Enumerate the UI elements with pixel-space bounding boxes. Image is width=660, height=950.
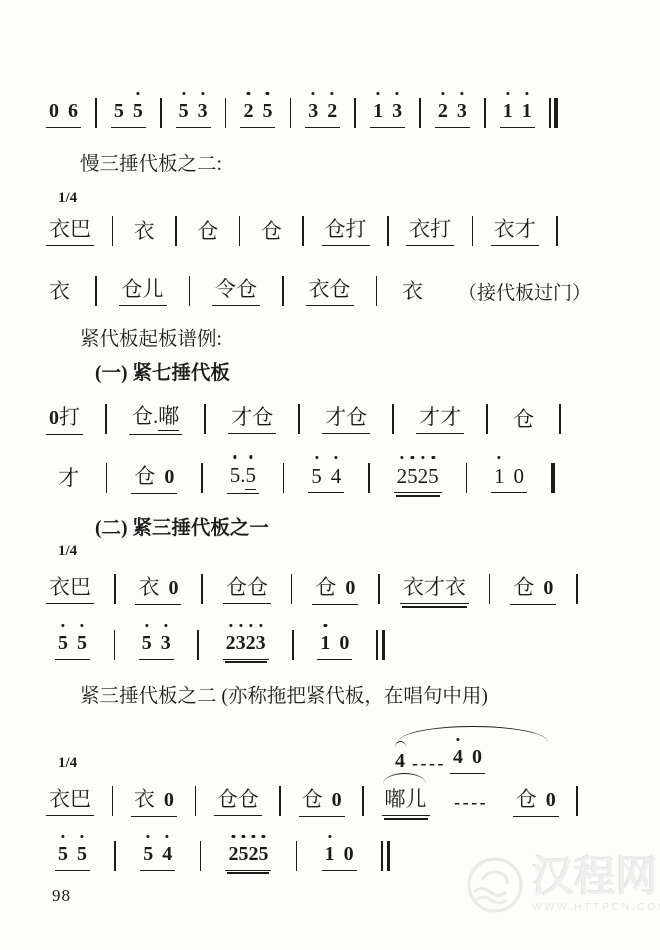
score-cell: 55 xyxy=(111,99,146,128)
barline xyxy=(559,404,561,434)
score-cell: 衣 xyxy=(399,278,426,304)
note: 儿 xyxy=(406,786,427,812)
barline xyxy=(489,574,491,604)
note: 仓 xyxy=(238,786,259,812)
note: 衣 xyxy=(309,276,330,302)
note: 5 xyxy=(77,842,87,867)
barline xyxy=(419,98,421,128)
annotation-notes: 4 ---- 40 xyxy=(392,745,554,774)
score-cell: 13 xyxy=(370,99,405,128)
note: 衣 xyxy=(49,786,70,812)
note-group: 11 xyxy=(500,99,535,128)
barline xyxy=(362,786,364,816)
note-group: 衣巴 xyxy=(46,786,94,816)
note-group: 仓.嘟 xyxy=(129,403,182,434)
score-cell: 才仓 xyxy=(322,404,370,434)
score-line-jin-qi-chui-2: 才仓05.554252510 xyxy=(55,455,555,501)
note: 3 xyxy=(457,99,467,124)
note: 4 xyxy=(395,749,405,774)
note: 2 xyxy=(228,842,238,867)
note-group: 衣巴 xyxy=(46,574,94,604)
note-group: 衣巴 xyxy=(46,216,94,246)
note: 巴 xyxy=(70,786,91,812)
note: 0 xyxy=(49,406,59,431)
note: 仓 xyxy=(197,218,218,244)
note: 2 xyxy=(438,99,448,124)
note-group: 仓0 xyxy=(510,574,556,605)
note: 3 xyxy=(256,631,266,656)
score-cell: 10 xyxy=(491,463,527,493)
note: 5 xyxy=(238,842,248,867)
note: 0 xyxy=(339,631,349,656)
note-group: 衣才 xyxy=(491,216,539,246)
score-line-jin-san-chui-1b: 5553232310 xyxy=(55,622,385,668)
note: 衣 xyxy=(49,278,70,304)
subsection-title-2: (二) 紧三捶代板之一 xyxy=(95,512,269,540)
score-cell: 仓仓 xyxy=(214,786,262,816)
score-cell: 仓0 xyxy=(312,574,358,605)
time-signature-1: 1/4 xyxy=(58,190,77,207)
page-number: 98 xyxy=(52,886,71,906)
note: 5 xyxy=(230,462,241,488)
time-signature-2: 1/4 xyxy=(58,543,77,560)
note: 1 xyxy=(325,842,335,867)
score-cell: 54 xyxy=(308,463,344,493)
note: 仓 xyxy=(236,276,257,302)
note-group: 23 xyxy=(435,99,470,128)
note: 1 xyxy=(522,99,532,124)
note: 才 xyxy=(440,404,461,430)
score-cell: 32 xyxy=(305,99,340,128)
note-group: 仓0 xyxy=(131,463,177,494)
watermark-title: 汉程网 xyxy=(532,857,660,899)
note-group: 10 xyxy=(491,463,527,493)
note: 嘟 xyxy=(385,786,406,812)
note: 0 xyxy=(332,788,342,813)
note: 衣 xyxy=(445,574,466,600)
note: 0 xyxy=(164,788,174,813)
note-group: 53 xyxy=(176,99,211,128)
note: 衣 xyxy=(138,574,159,600)
barline xyxy=(292,630,294,660)
section-title-jin-san-chui-2: 紧三捶代板之二 (亦称拖把紧代板，在唱句中用) xyxy=(80,680,488,708)
barline xyxy=(472,216,474,246)
barline xyxy=(387,216,389,246)
score-cell: 53 xyxy=(139,631,174,660)
note: 0 xyxy=(164,465,174,490)
note: 3 xyxy=(236,631,246,656)
section-title-jin-daiban: 紧代板起板谱例: xyxy=(80,323,222,351)
score-cell: 才 xyxy=(55,465,82,491)
note: 衣 xyxy=(402,278,423,304)
note: 5 xyxy=(258,842,268,867)
score-cell: 11 xyxy=(500,99,535,128)
note-group: 仓仓 xyxy=(214,786,262,816)
score-cell: 衣 xyxy=(46,278,73,304)
note-group: 仓儿 xyxy=(119,276,167,306)
note-group: 衣打 xyxy=(406,216,454,246)
note: 才 xyxy=(325,404,346,430)
time-signature-3: 1/4 xyxy=(58,755,77,772)
note-group: ---- xyxy=(447,788,495,814)
barline xyxy=(225,98,227,128)
barline xyxy=(576,786,578,816)
note-group: 仓打 xyxy=(322,216,370,246)
score-line-jin-san-chui-1a: 衣巴衣0仓仓仓0衣才衣仓0 xyxy=(46,566,578,612)
note: 5 xyxy=(262,99,272,124)
note: 令 xyxy=(215,276,236,302)
book-page: 0655532532132311 慢三捶代板之二: 1/4 衣巴衣仓仓仓打衣打衣… xyxy=(0,0,660,950)
score-line-jin-qi-chui: 0打仓.嘟才仓才仓才才仓 xyxy=(46,396,561,442)
note-group: 才仓 xyxy=(322,404,370,434)
barline xyxy=(112,216,114,246)
note: 5 xyxy=(428,463,439,489)
score-cell: 55 xyxy=(55,631,90,660)
note: 仓 xyxy=(252,404,273,430)
barline xyxy=(114,574,116,604)
note-group: 10 xyxy=(317,631,352,660)
barline xyxy=(368,463,370,493)
note: 2 xyxy=(418,463,429,489)
score-cell: 才仓 xyxy=(228,404,276,434)
score-cell: 衣才衣 xyxy=(400,574,469,604)
note: 1 xyxy=(494,463,505,489)
barline xyxy=(549,98,558,128)
barline xyxy=(105,404,107,434)
score-cell: 衣0 xyxy=(131,786,177,817)
note: 仓 xyxy=(346,404,367,430)
barline xyxy=(298,404,300,434)
note-group: 2323 xyxy=(223,631,269,660)
watermark: 汉程网 WWW.HTTPCN.COM xyxy=(462,852,660,918)
note-group: 衣仓 xyxy=(306,276,354,306)
barline xyxy=(197,630,199,660)
note-group: 55 xyxy=(111,99,146,128)
score-cell: 仓0 xyxy=(513,786,559,817)
note: 衣 xyxy=(134,786,155,812)
score-cell: 2525 xyxy=(394,463,442,493)
note: 才 xyxy=(424,574,445,600)
watermark-logo xyxy=(462,852,528,918)
note: 5 xyxy=(77,631,87,656)
barline xyxy=(551,463,555,493)
note-group: 仓 xyxy=(194,218,221,244)
note-group: 嘟儿 xyxy=(382,786,430,816)
note: 仓 xyxy=(247,574,268,600)
barline xyxy=(376,276,378,306)
note: 3 xyxy=(198,99,208,124)
note: 衣 xyxy=(409,216,430,242)
note: 0 xyxy=(543,576,553,601)
note: 2 xyxy=(327,99,337,124)
note-group: 衣 xyxy=(399,278,426,304)
score-cell: 53 xyxy=(176,99,211,128)
barline xyxy=(114,841,116,871)
note-group: 2525 xyxy=(394,463,442,493)
note-group: 衣 xyxy=(131,218,158,244)
barline xyxy=(201,574,203,604)
score-cell: 23 xyxy=(435,99,470,128)
barline xyxy=(279,786,281,816)
note: 0 xyxy=(168,576,178,601)
note: 4 xyxy=(331,463,342,489)
pickup-annotation: 4 ---- 40 xyxy=(392,726,554,774)
note-group: 衣0 xyxy=(131,786,177,817)
barline xyxy=(200,841,202,871)
note-group: 13 xyxy=(370,99,405,128)
note: 才 xyxy=(58,465,79,491)
barline xyxy=(175,216,177,246)
score-cell: 令仓 xyxy=(212,276,260,306)
score-cell: 仓0 xyxy=(131,463,177,494)
note-group: 才仓 xyxy=(228,404,276,434)
note-group: 54 xyxy=(140,842,175,871)
score-cell: 仓0 xyxy=(299,786,345,817)
note: 2 xyxy=(246,631,256,656)
note: 4 xyxy=(162,842,172,867)
watermark-url: WWW.HTTPCN.COM xyxy=(532,901,660,913)
note: 2 xyxy=(226,631,236,656)
section-title-man-san-chui-2: 慢三捶代板之二: xyxy=(80,148,222,176)
note: 衣 xyxy=(49,216,70,242)
note: 仓 xyxy=(513,406,534,432)
note: 5 xyxy=(311,463,322,489)
barline xyxy=(486,404,488,434)
score-cell: 衣才 xyxy=(491,216,539,246)
barline xyxy=(106,463,108,493)
barline xyxy=(302,216,304,246)
barline xyxy=(576,574,578,604)
note-group: 令仓 xyxy=(212,276,260,306)
score-cell: 衣巴 xyxy=(46,786,94,816)
note: 3 xyxy=(392,99,402,124)
sustain-dashes: ---- xyxy=(412,753,446,774)
score-cell: 10 xyxy=(317,631,352,660)
barline xyxy=(189,276,191,306)
note: 4 xyxy=(453,745,463,770)
score-cell: 2323 xyxy=(223,631,269,660)
barline xyxy=(296,841,298,871)
note: 仓 xyxy=(217,786,238,812)
barline xyxy=(201,463,203,493)
score-cell: 衣巴 xyxy=(46,216,94,246)
score-cell: 衣0 xyxy=(135,574,181,605)
note: 5 xyxy=(58,842,68,867)
score-cell: 仓 xyxy=(258,218,285,244)
barline xyxy=(376,630,385,660)
note: 2 xyxy=(243,99,253,124)
note: 才 xyxy=(515,216,536,242)
note-group: 32 xyxy=(305,99,340,128)
note-group: 仓0 xyxy=(299,786,345,817)
note: 巴 xyxy=(70,216,91,242)
note: 0 xyxy=(546,788,556,813)
note: 3 xyxy=(308,99,318,124)
barline xyxy=(290,98,292,128)
note: 5 xyxy=(407,463,418,489)
note: 巴 xyxy=(70,574,91,600)
note: 仓 xyxy=(132,403,153,429)
barline xyxy=(239,216,241,246)
barline xyxy=(381,841,390,871)
barline xyxy=(204,404,206,434)
note: 嘟 xyxy=(158,403,179,430)
note-group: 仓 xyxy=(258,218,285,244)
score-cell: 衣 xyxy=(131,218,158,244)
score-cell: 衣仓 xyxy=(306,276,354,306)
note-group: 0打 xyxy=(46,404,83,435)
score-cell: 衣巴 xyxy=(46,574,94,604)
note-group: 06 xyxy=(46,99,81,128)
score-cell: 0打 xyxy=(46,404,83,435)
note: 1 xyxy=(373,99,383,124)
note: 2 xyxy=(248,842,258,867)
sustain-dashes: ---- xyxy=(454,791,488,814)
note: 5 xyxy=(114,99,124,124)
note: 仓 xyxy=(330,276,351,302)
score-cell: 仓儿 xyxy=(119,276,167,306)
note: 3 xyxy=(161,631,171,656)
barline xyxy=(160,98,162,128)
note: 1 xyxy=(503,99,513,124)
note: 0 xyxy=(344,842,354,867)
note: 0 xyxy=(345,576,355,601)
score-line-percussion-b: 衣仓儿令仓衣仓衣（接代板过门） xyxy=(46,268,591,314)
note-group: 5.5 xyxy=(227,462,259,493)
score-cell: ---- xyxy=(447,788,495,814)
barline xyxy=(195,786,197,816)
note-group: 2525 xyxy=(225,842,271,871)
subsection-title-1: (一) 紧七捶代板 xyxy=(95,357,230,385)
note: 1 xyxy=(320,631,330,656)
barline xyxy=(283,463,285,493)
barline xyxy=(112,786,114,816)
note: 5 xyxy=(143,842,153,867)
note: 5 xyxy=(245,462,256,489)
barline xyxy=(95,276,97,306)
score-cell: 仓仓 xyxy=(223,574,271,604)
score-line-jin-san-chui-2a: 衣巴衣0仓仓仓0嘟儿----仓0 xyxy=(46,778,578,824)
barline xyxy=(484,98,486,128)
score-cell: 仓 xyxy=(510,406,537,432)
score-line-intro: 0655532532132311 xyxy=(46,90,558,136)
note: 仓 xyxy=(315,574,336,600)
score-cell: 25 xyxy=(240,99,275,128)
score-cell: 5.5 xyxy=(227,462,259,493)
note: 衣 xyxy=(494,216,515,242)
note: 衣 xyxy=(134,218,155,244)
note-group: 仓0 xyxy=(312,574,358,605)
note-group: 衣 xyxy=(46,278,73,304)
tie-arc xyxy=(398,726,548,742)
note: 0 xyxy=(49,99,59,124)
note-group: 53 xyxy=(139,631,174,660)
note: 打 xyxy=(430,216,451,242)
score-cell: 55 xyxy=(55,842,90,871)
note-group: 才才 xyxy=(416,404,464,434)
note: 打 xyxy=(346,216,367,242)
note: 5 xyxy=(133,99,143,124)
note: 仓 xyxy=(516,786,537,812)
note: 5 xyxy=(58,631,68,656)
note: 0 xyxy=(513,463,524,489)
barline xyxy=(291,574,293,604)
note: 儿 xyxy=(143,276,164,302)
note: 仓 xyxy=(261,218,282,244)
note-group: 仓 xyxy=(510,406,537,432)
score-cell: 06 xyxy=(46,99,81,128)
barline xyxy=(466,463,468,493)
note: 仓 xyxy=(325,216,346,242)
note-group: 仓仓 xyxy=(223,574,271,604)
note: 6 xyxy=(68,99,78,124)
score-cell: 嘟儿 xyxy=(382,786,430,816)
note: 仓 xyxy=(513,574,534,600)
note-group: 10 xyxy=(322,842,357,871)
note: 才 xyxy=(419,404,440,430)
score-cell: 仓打 xyxy=(322,216,370,246)
note: 2 xyxy=(397,463,408,489)
score-cell: 才才 xyxy=(416,404,464,434)
note: 才 xyxy=(231,404,252,430)
note: 衣 xyxy=(403,574,424,600)
score-cell: 衣打 xyxy=(406,216,454,246)
note-group: 衣才衣 xyxy=(400,574,469,604)
barline xyxy=(378,574,380,604)
note: 5 xyxy=(142,631,152,656)
note: 0 xyxy=(472,745,482,770)
note: 打 xyxy=(59,404,80,430)
note-group: 55 xyxy=(55,842,90,871)
note: 衣 xyxy=(49,574,70,600)
note: 仓 xyxy=(226,574,247,600)
note-group: 衣0 xyxy=(135,574,181,605)
score-line-jin-san-chui-2b: 5554252510 xyxy=(55,833,390,879)
barline xyxy=(114,630,116,660)
note-group: 54 xyxy=(308,463,344,493)
inline-annotation: （接代板过门） xyxy=(458,278,591,305)
watermark-text: 汉程网 WWW.HTTPCN.COM xyxy=(532,857,660,913)
score-line-percussion-a: 衣巴衣仓仓仓打衣打衣才 xyxy=(46,208,558,254)
note-group: 25 xyxy=(240,99,275,128)
score-cell: 54 xyxy=(140,842,175,871)
note-group: 55 xyxy=(55,631,90,660)
barline xyxy=(392,404,394,434)
barline xyxy=(282,276,284,306)
note-group: 仓0 xyxy=(513,786,559,817)
score-cell: 2525 xyxy=(225,842,271,871)
note-group: 才 xyxy=(55,465,82,491)
note: 仓 xyxy=(122,276,143,302)
barline xyxy=(95,98,97,128)
score-cell: 仓.嘟 xyxy=(129,403,182,434)
score-cell: 10 xyxy=(322,842,357,871)
note: 5 xyxy=(179,99,189,124)
score-cell: 仓 xyxy=(194,218,221,244)
score-cell: 仓0 xyxy=(510,574,556,605)
note: 仓 xyxy=(134,463,155,489)
note: 仓 xyxy=(302,786,323,812)
barline xyxy=(354,98,356,128)
barline xyxy=(556,216,558,246)
